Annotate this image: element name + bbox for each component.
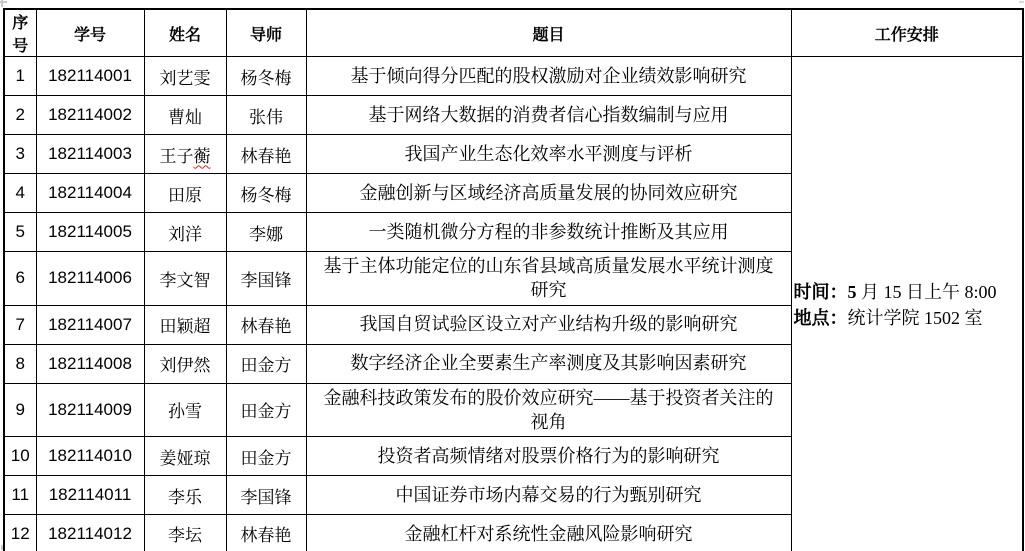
- student-id-cell: 182114010: [36, 437, 144, 476]
- title-cell: 数字经济企业全要素生产率测度及其影响因素研究: [306, 344, 791, 383]
- schedule-place-line: 地点：统计学院 1502 室: [794, 305, 1023, 331]
- advisor-cell: 田金方: [226, 383, 306, 437]
- advisor-cell: 李国锋: [226, 476, 306, 515]
- advisor-cell: 林春艳: [226, 515, 306, 551]
- header-name: 姓名: [144, 9, 226, 57]
- serial-cell: 3: [4, 135, 36, 174]
- advisor-cell: 杨冬梅: [226, 174, 306, 213]
- title-cell: 金融科技政策发布的股价效应研究——基于投资者关注的视角: [306, 383, 791, 437]
- name-cell: 李乐: [144, 476, 226, 515]
- name-cell: 李文智: [144, 252, 226, 306]
- work-schedule-cell: 时间：5 月 15 日上午 8:00 地点：统计学院 1502 室: [791, 57, 1023, 551]
- header-serial: 序号: [4, 9, 36, 57]
- title-cell: 基于倾向得分匹配的股权激励对企业绩效影响研究: [306, 57, 791, 96]
- serial-cell: 4: [4, 174, 36, 213]
- serial-cell: 11: [4, 476, 36, 515]
- advisor-cell: 田金方: [226, 344, 306, 383]
- name-cell: 田原: [144, 174, 226, 213]
- title-cell: 金融创新与区域经济高质量发展的协同效应研究: [306, 174, 791, 213]
- student-id-cell: 182114006: [36, 252, 144, 306]
- serial-cell: 1: [4, 57, 36, 96]
- title-cell: 一类随机微分方程的非参数统计推断及其应用: [306, 213, 791, 252]
- advisor-cell: 杨冬梅: [226, 57, 306, 96]
- document-page: 序号 学号 姓名 导师 题目 工作安排 1 182114001 刘艺雯 杨冬梅 …: [0, 0, 1025, 551]
- name-cell: 刘伊然: [144, 344, 226, 383]
- table-header-row: 序号 学号 姓名 导师 题目 工作安排: [4, 9, 1023, 57]
- title-cell: 投资者高频情绪对股票价格行为的影响研究: [306, 437, 791, 476]
- spellcheck-underlined-text: 蘅: [194, 147, 211, 166]
- table-row: 1 182114001 刘艺雯 杨冬梅 基于倾向得分匹配的股权激励对企业绩效影响…: [4, 57, 1023, 96]
- header-advisor: 导师: [226, 9, 306, 57]
- student-id-cell: 182114005: [36, 213, 144, 252]
- name-text: 王子: [160, 147, 194, 166]
- name-cell: 刘洋: [144, 213, 226, 252]
- header-student-id: 学号: [36, 9, 144, 57]
- title-cell: 金融杠杆对系统性金融风险影响研究: [306, 515, 791, 551]
- defense-schedule-table: 序号 学号 姓名 导师 题目 工作安排 1 182114001 刘艺雯 杨冬梅 …: [3, 8, 1024, 551]
- name-cell: 田颖超: [144, 305, 226, 344]
- time-label: 时间：: [794, 282, 848, 302]
- name-cell: 王子蘅: [144, 135, 226, 174]
- time-day: 5: [848, 282, 857, 302]
- place-label: 地点：: [794, 308, 848, 328]
- advisor-cell: 林春艳: [226, 305, 306, 344]
- advisor-cell: 张伟: [226, 96, 306, 135]
- student-id-cell: 182114012: [36, 515, 144, 551]
- page-mark-top-right: [1019, 1, 1024, 3]
- advisor-cell: 李国锋: [226, 252, 306, 306]
- student-id-cell: 182114007: [36, 305, 144, 344]
- table-handle-mark-top-left-h: [0, 1, 7, 3]
- serial-cell: 6: [4, 252, 36, 306]
- serial-cell: 2: [4, 96, 36, 135]
- student-id-cell: 182114001: [36, 57, 144, 96]
- schedule-time-line: 时间：5 月 15 日上午 8:00: [794, 279, 1023, 305]
- name-cell: 孙雪: [144, 383, 226, 437]
- name-cell: 曹灿: [144, 96, 226, 135]
- title-cell: 中国证券市场内幕交易的行为甄别研究: [306, 476, 791, 515]
- time-rest: 月 15 日上午 8:00: [857, 282, 997, 302]
- advisor-cell: 田金方: [226, 437, 306, 476]
- header-title: 题目: [306, 9, 791, 57]
- advisor-cell: 李娜: [226, 213, 306, 252]
- title-cell: 我国自贸试验区设立对产业结构升级的影响研究: [306, 305, 791, 344]
- student-id-cell: 182114004: [36, 174, 144, 213]
- title-cell: 我国产业生态化效率水平测度与评析: [306, 135, 791, 174]
- student-id-cell: 182114008: [36, 344, 144, 383]
- serial-cell: 5: [4, 213, 36, 252]
- serial-cell: 10: [4, 437, 36, 476]
- serial-cell: 12: [4, 515, 36, 551]
- serial-cell: 9: [4, 383, 36, 437]
- advisor-cell: 林春艳: [226, 135, 306, 174]
- name-cell: 刘艺雯: [144, 57, 226, 96]
- serial-cell: 8: [4, 344, 36, 383]
- student-id-cell: 182114003: [36, 135, 144, 174]
- header-work-schedule: 工作安排: [791, 9, 1023, 57]
- place-value: 统计学院 1502 室: [848, 308, 983, 328]
- serial-cell: 7: [4, 305, 36, 344]
- student-id-cell: 182114009: [36, 383, 144, 437]
- name-cell: 李坛: [144, 515, 226, 551]
- student-id-cell: 182114011: [36, 476, 144, 515]
- name-cell: 姜娅琼: [144, 437, 226, 476]
- title-cell: 基于网络大数据的消费者信心指数编制与应用: [306, 96, 791, 135]
- title-cell: 基于主体功能定位的山东省县域高质量发展水平统计测度研究: [306, 252, 791, 306]
- student-id-cell: 182114002: [36, 96, 144, 135]
